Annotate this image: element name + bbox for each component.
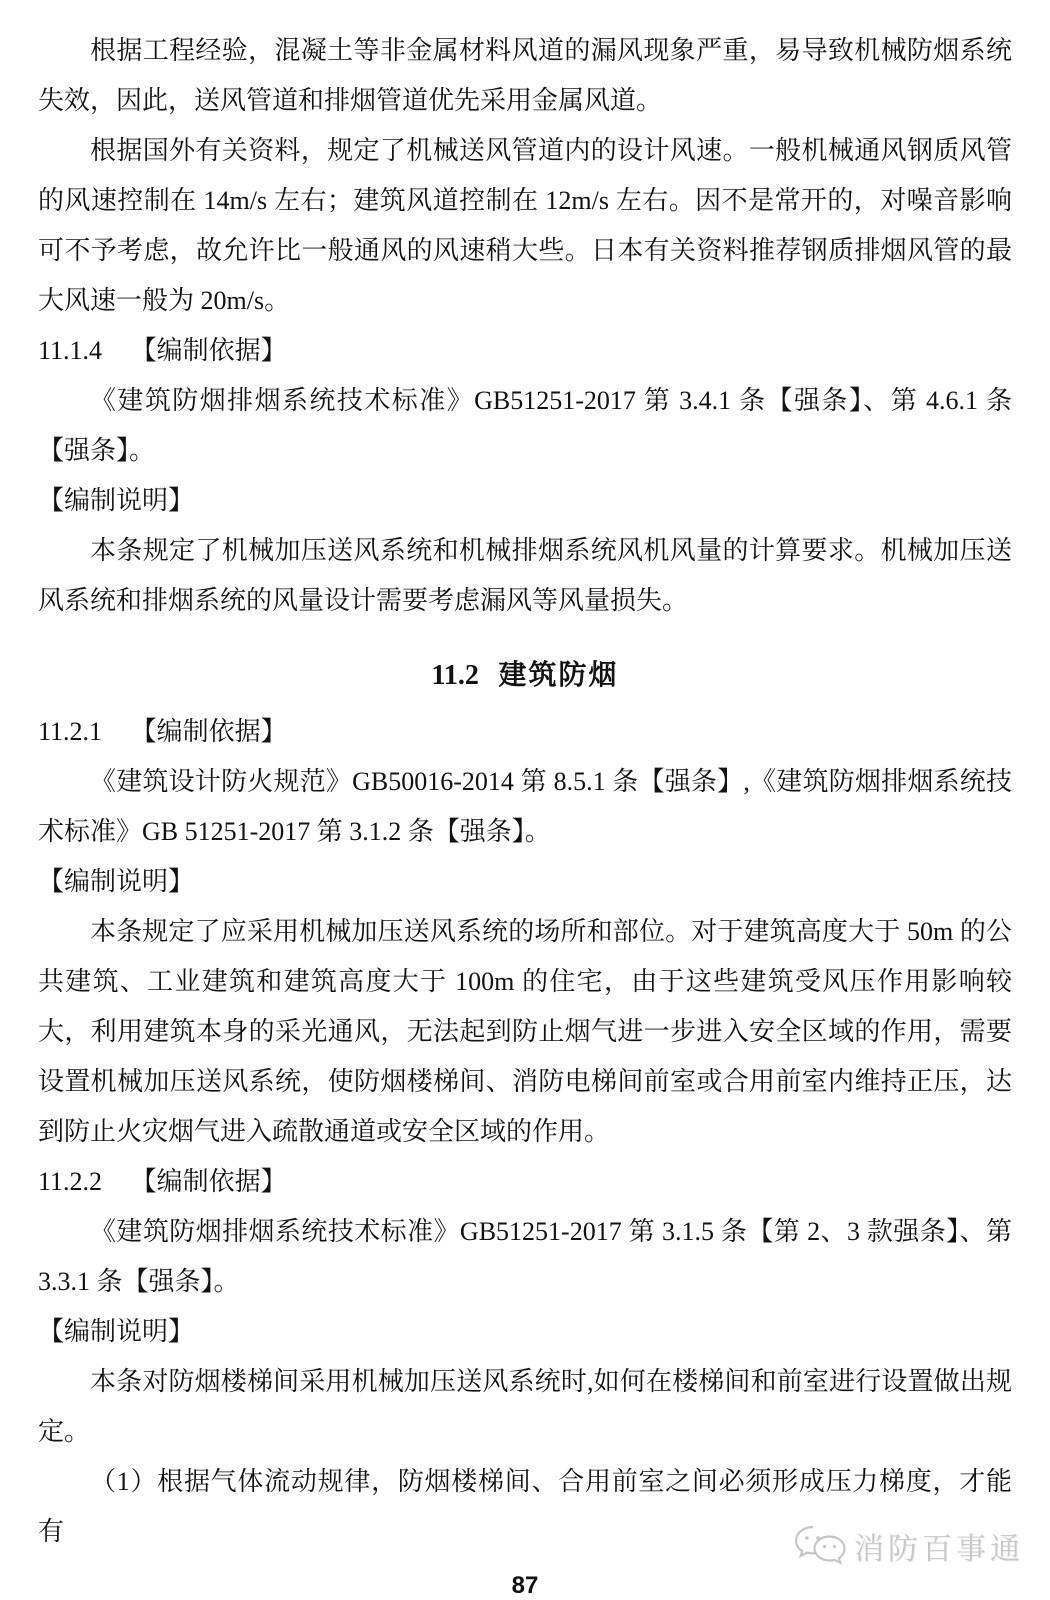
note-heading-11-1-4: 【编制说明】 — [38, 476, 1012, 526]
intro-paragraph-1: 根据工程经验，混凝土等非金属材料风道的漏风现象严重，易导致机械防烟系统失效，因此… — [38, 26, 1012, 126]
note-paragraph-11-2-2: 本条对防烟楼梯间采用机械加压送风系统时,如何在楼梯间和前室进行设置做出规定。 — [38, 1357, 1012, 1457]
note-heading-11-2-2: 【编制说明】 — [38, 1307, 1012, 1357]
section-heading-11-1-4: 11.1.4【编制依据】 — [38, 326, 1012, 376]
note-paragraph-11-2-1: 本条规定了应采用机械加压送风系统的场所和部位。对于建筑高度大于 50m 的公共建… — [38, 907, 1012, 1157]
intro-paragraph-2: 根据国外有关资料，规定了机械送风管道内的设计风速。一般机械通风钢质风管的风速控制… — [38, 126, 1012, 326]
watermark: 消防百事通 — [792, 1522, 1024, 1570]
page-footer: 87 — [0, 1572, 1050, 1600]
document-body: 根据工程经验，混凝土等非金属材料风道的漏风现象严重，易导致机械防烟系统失效，因此… — [0, 0, 1050, 1557]
note-paragraph-11-1-4: 本条规定了机械加压送风系统和机械排烟系统风机风量的计算要求。机械加压送风系统和排… — [38, 526, 1012, 626]
section-number: 11.2.1 — [38, 717, 102, 746]
note-heading-11-2-1: 【编制说明】 — [38, 857, 1012, 907]
section-heading-11-2-2: 11.2.2【编制依据】 — [38, 1157, 1012, 1207]
watermark-text: 消防百事通 — [854, 1524, 1024, 1568]
basis-paragraph-11-1-4: 《建筑防烟排烟系统技术标准》GB51251-2017 第 3.4.1 条【强条】… — [38, 376, 1012, 476]
basis-paragraph-11-2-1: 《建筑设计防火规范》GB50016-2014 第 8.5.1 条【强条】,《建筑… — [38, 757, 1012, 857]
document-page: 根据工程经验，混凝土等非金属材料风道的漏风现象严重，易导致机械防烟系统失效，因此… — [0, 0, 1050, 1600]
section-title: 【编制依据】 — [131, 1167, 287, 1196]
chapter-title: 建筑防烟 — [499, 659, 619, 690]
chapter-heading-11-2: 11.2建筑防烟 — [38, 650, 1012, 701]
section-number: 11.1.4 — [38, 336, 102, 365]
section-title: 【编制依据】 — [131, 717, 287, 746]
basis-paragraph-11-2-2: 《建筑防烟排烟系统技术标准》GB51251-2017 第 3.1.5 条【第 2… — [38, 1207, 1012, 1307]
page-number: 87 — [512, 1572, 539, 1599]
section-title: 【编制依据】 — [131, 336, 287, 365]
section-number: 11.2.2 — [38, 1167, 102, 1196]
section-heading-11-2-1: 11.2.1【编制依据】 — [38, 707, 1012, 757]
chapter-number: 11.2 — [431, 660, 478, 691]
wechat-bubbles-icon — [792, 1522, 850, 1570]
